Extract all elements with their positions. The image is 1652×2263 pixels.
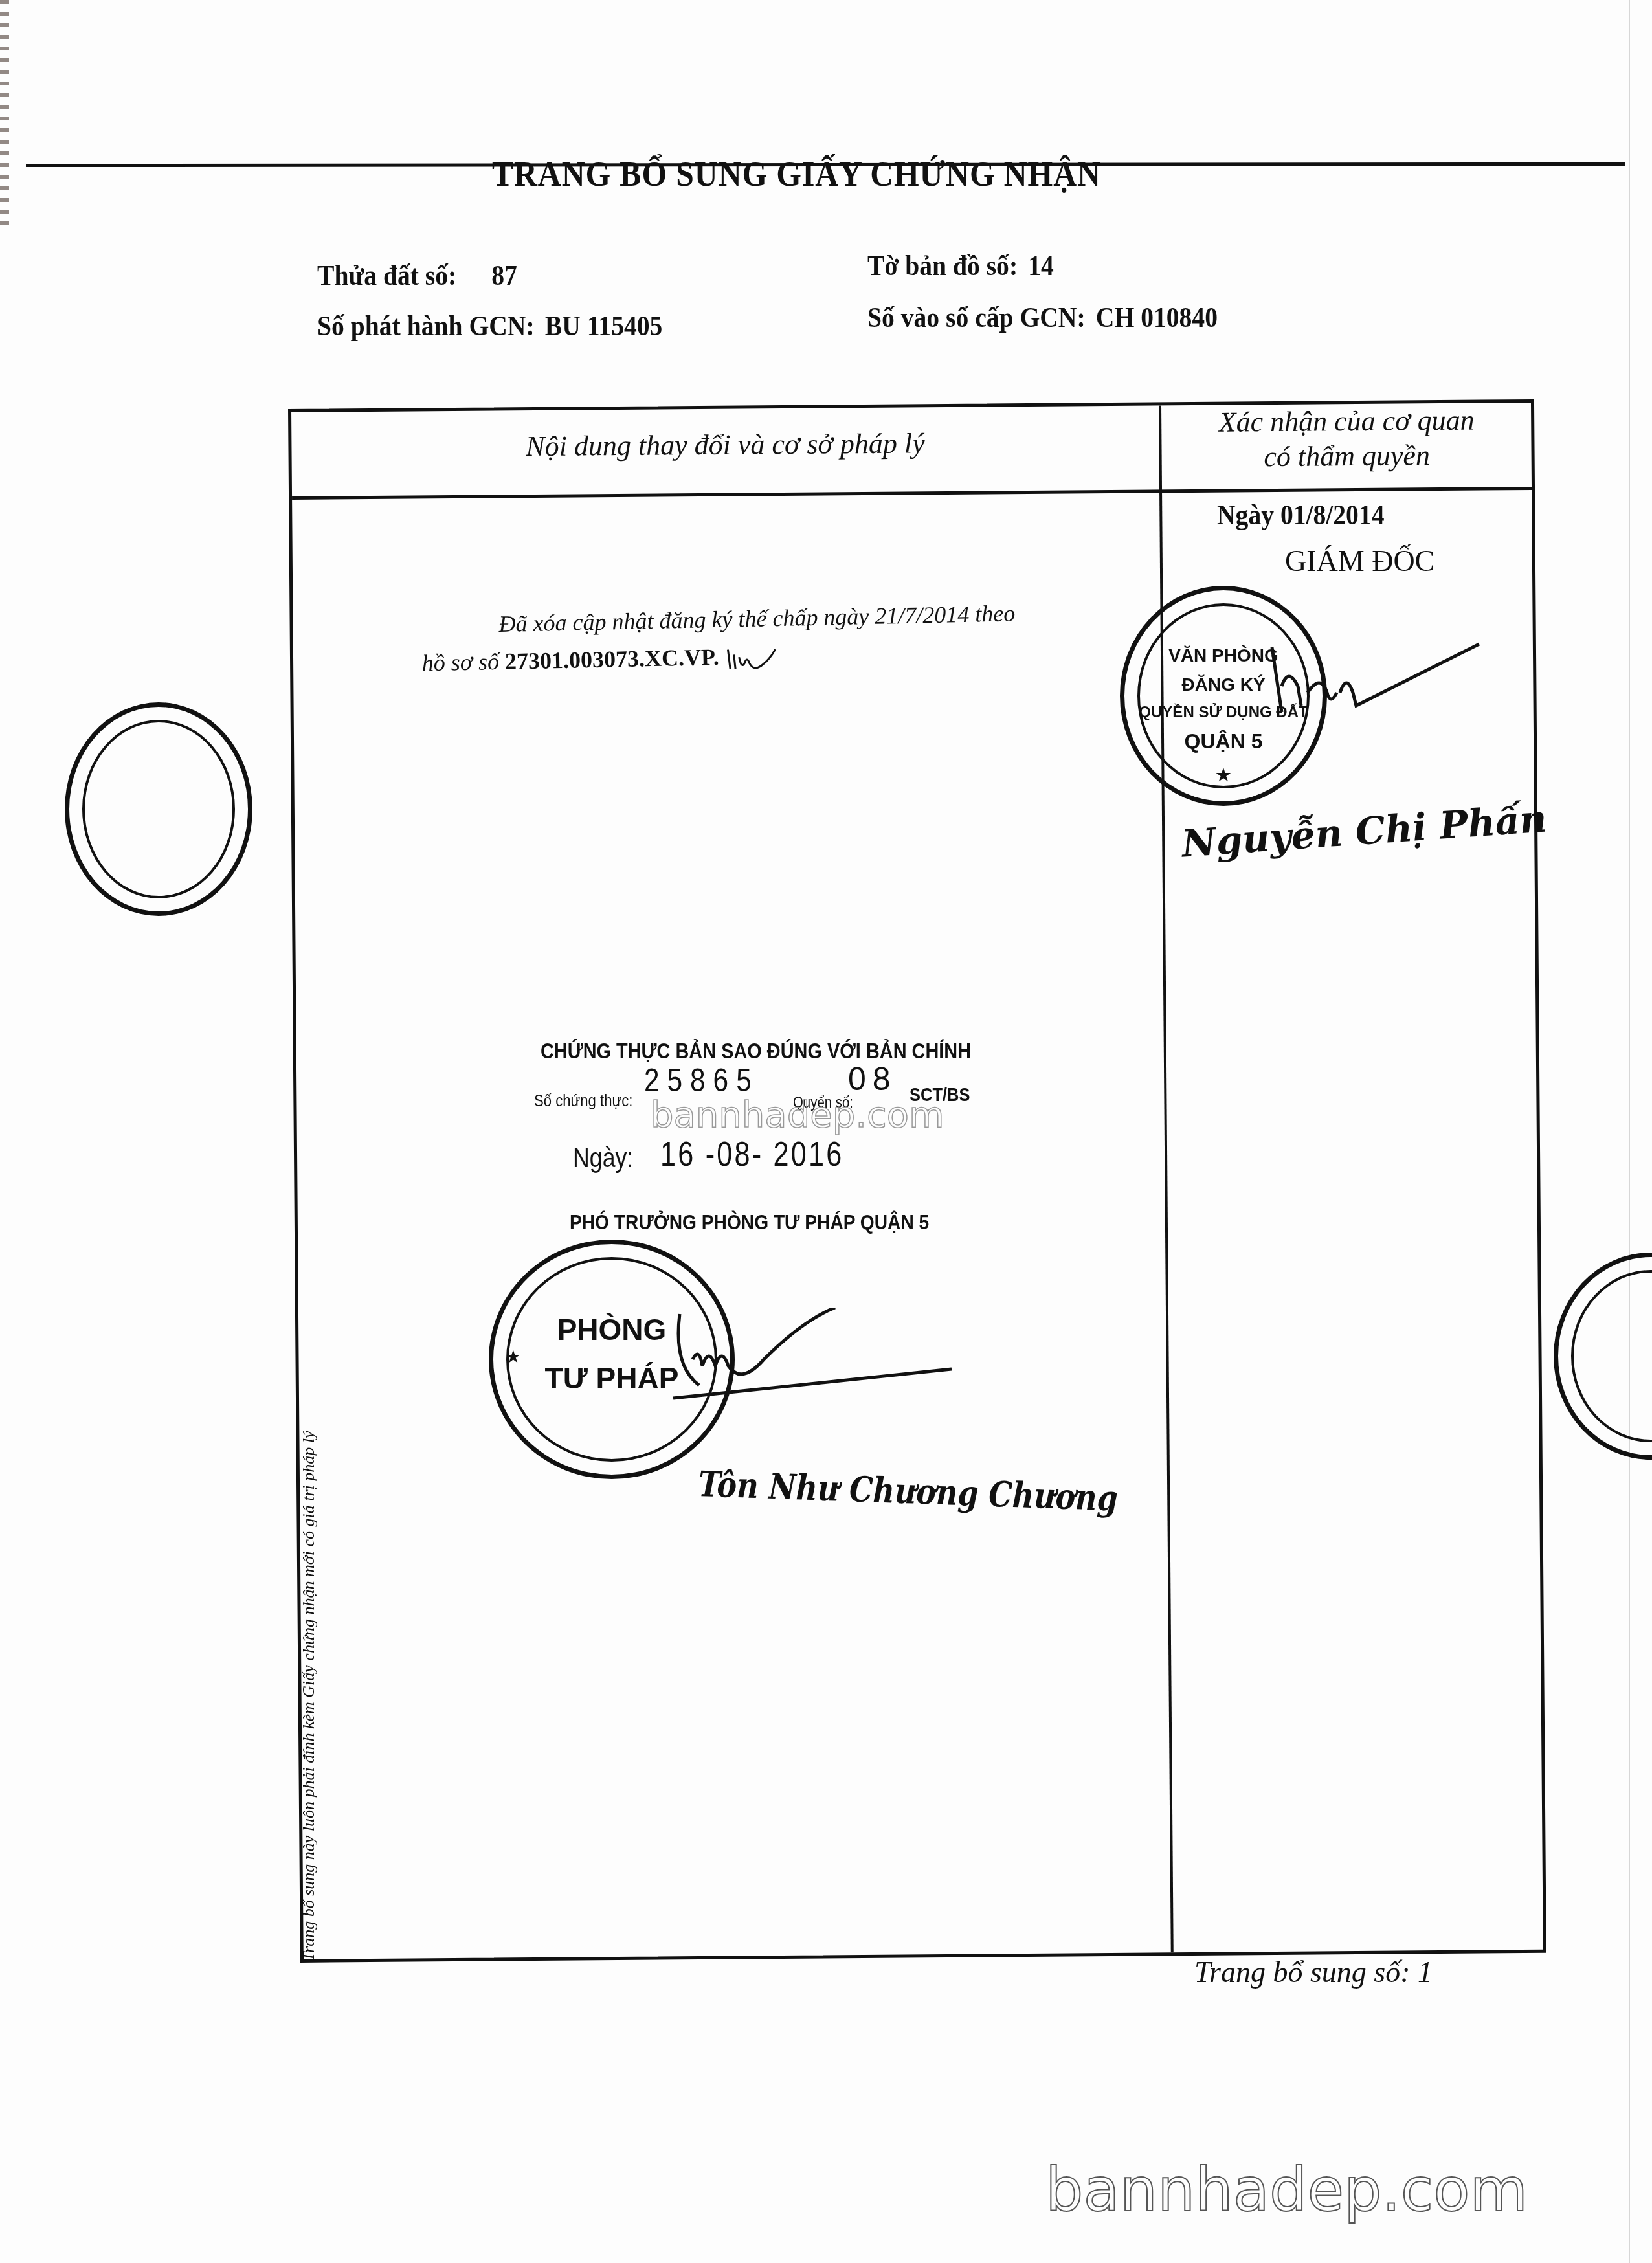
star-icon: ★: [506, 1348, 520, 1366]
map-sheet-value: 14: [1028, 250, 1054, 282]
stamp-inner-ring: [82, 720, 235, 898]
side-note: Trang bổ sung này luôn phải đính kèm Giấ…: [299, 1431, 318, 1961]
confirmation-role: GIÁM ĐỐC: [1285, 544, 1434, 578]
watermark-bottom: bannhadep.com: [1045, 2156, 1528, 2225]
initials-signature-icon: [724, 641, 790, 675]
certification-title: CHỨNG THỰC BẢN SAO ĐÚNG VỚI BẢN CHÍNH: [541, 1039, 971, 1064]
entry-prefix: hồ sơ số: [421, 649, 499, 676]
entry-code: 27301.003073.XC.VP.: [505, 644, 719, 674]
issue-label: Số phát hành GCN:: [317, 310, 535, 342]
certification-book: 08: [848, 1060, 897, 1098]
registry-label: Số vào sổ cấp GCN:: [867, 302, 1086, 333]
stamp-line-4: QUẬN 5: [1124, 730, 1323, 753]
header-confirmation: Xác nhận của cơ quan có thẩm quyền: [1162, 403, 1532, 475]
map-sheet-number: Tờ bản đồ số:14: [867, 249, 1054, 282]
director-signature-icon: [1269, 641, 1489, 719]
parcel-label: Thửa đất số:: [317, 260, 456, 291]
issue-value: BU 115405: [545, 310, 663, 342]
star-icon: ★: [1124, 765, 1323, 785]
registry-number: Số vào sổ cấp GCN:CH 010840: [867, 301, 1218, 334]
deputy-signature-icon: [667, 1308, 965, 1418]
issue-number: Số phát hành GCN:BU 115405: [317, 309, 662, 342]
parcel-number: Thửa đất số:87: [317, 259, 517, 292]
watermark-mid: bannhadep.com: [651, 1094, 944, 1136]
certification-number-label: Số chứng thực:: [534, 1091, 632, 1111]
certification-date-label: Ngày:: [573, 1143, 633, 1174]
change-entry: Đã xóa cập nhật đăng ký thế chấp ngày 21…: [498, 594, 1016, 680]
confirmation-date: Ngày 01/8/2014: [1217, 498, 1385, 531]
page-number: Trang bổ sung số: 1: [1194, 1955, 1433, 1989]
scan-edge-line: [1629, 0, 1630, 2263]
stamp-inner-ring: [1571, 1270, 1652, 1442]
document-title: TRANG BỔ SUNG GIẤY CHỨNG NHẬN: [492, 154, 1101, 194]
header-rule: [292, 487, 1532, 500]
header-confirmation-line1: Xác nhận của cơ quan: [1162, 403, 1531, 440]
certification-role: PHÓ TRƯỞNG PHÒNG TƯ PHÁP QUẬN 5: [570, 1210, 929, 1234]
partial-stamp-left: [65, 702, 252, 916]
header-confirmation-line2: có thẩm quyền: [1162, 438, 1531, 475]
scan-edge-artifact: [0, 0, 9, 227]
certification-date: 16 -08- 2016: [660, 1134, 843, 1174]
header-changes: Nội dung thay đổi và cơ sở pháp lý: [291, 425, 1159, 465]
partial-stamp-right: [1554, 1253, 1652, 1460]
registry-value: CH 010840: [1096, 302, 1218, 333]
map-sheet-label: Tờ bản đồ số:: [867, 250, 1018, 282]
parcel-value: 87: [491, 260, 517, 291]
